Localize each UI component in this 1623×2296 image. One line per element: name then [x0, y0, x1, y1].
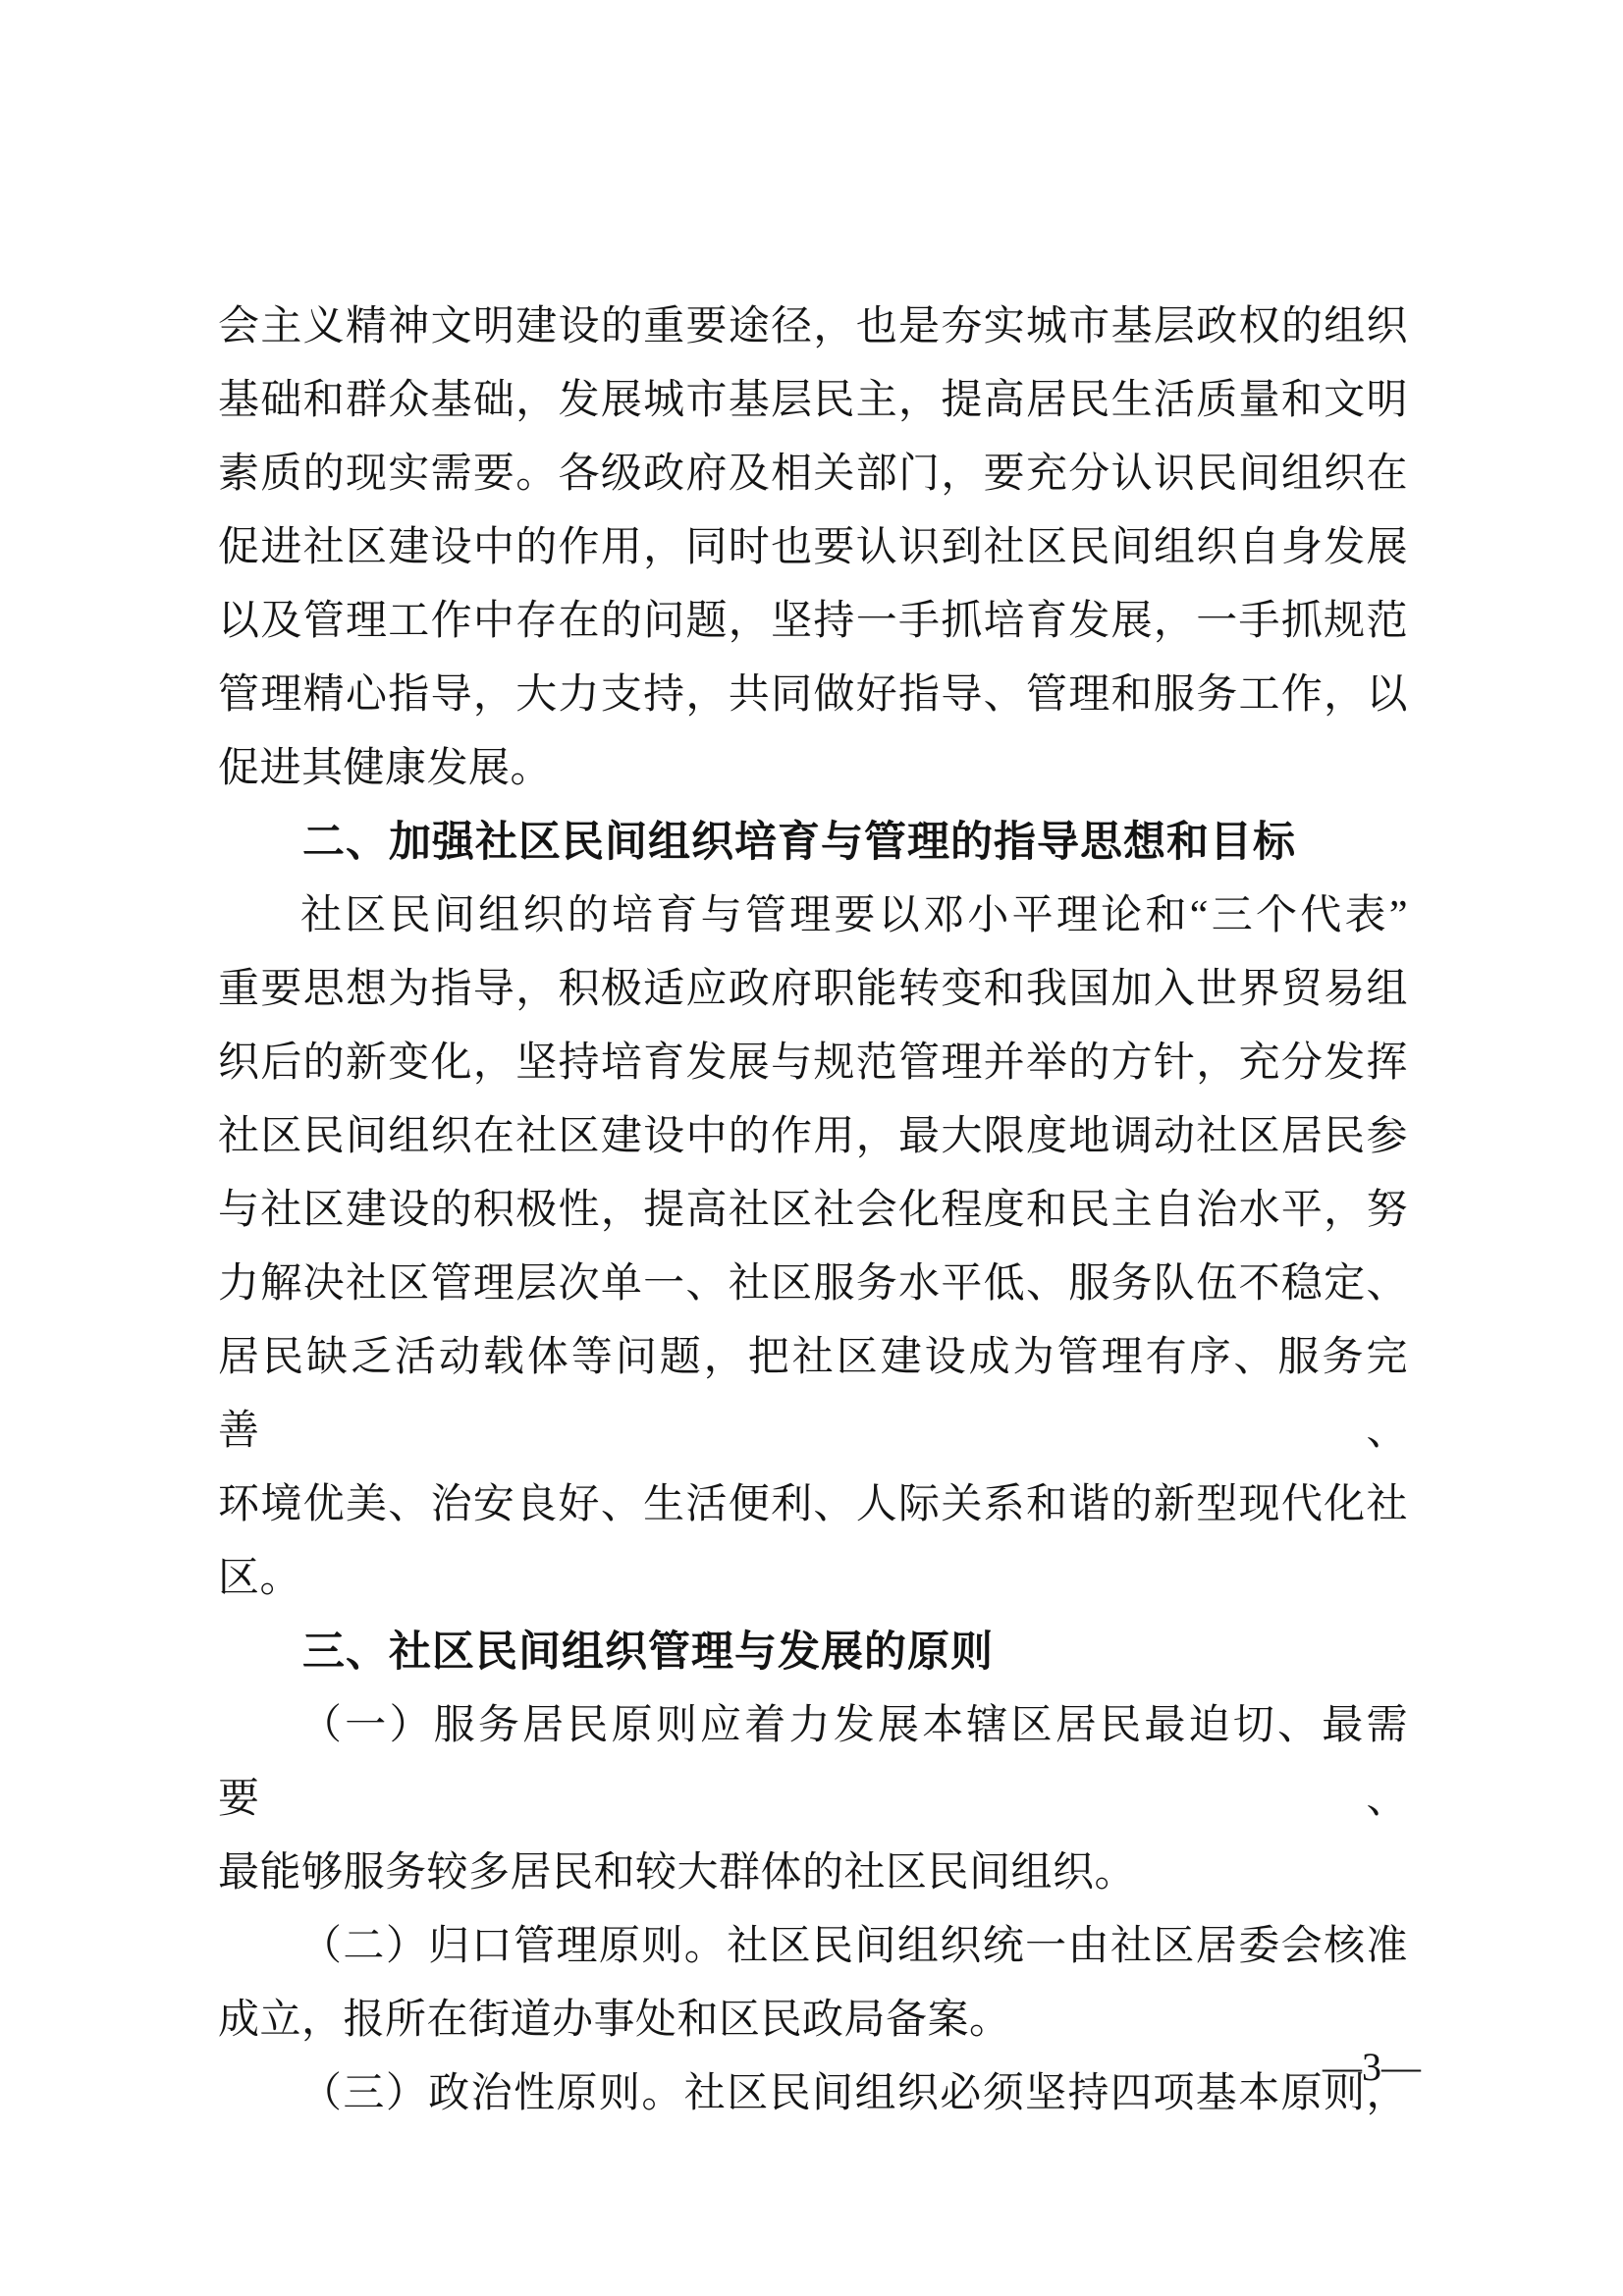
- document-page: 会主义精神文明建设的重要途径，也是夯实城市基层政权的组织基础和群众基础，发展城市…: [0, 0, 1623, 2296]
- text-line: 最能够服务较多居民和较大群体的社区民间组织。: [218, 1837, 1408, 1910]
- text-line: 织后的新变化，坚持培育发展与规范管理并举的方针，充分发挥: [218, 1027, 1408, 1100]
- text-line: 居民缺乏活动载体等问题，把社区建设成为管理有序、服务完善、: [218, 1321, 1408, 1468]
- section-heading: 二、加强社区民间组织培育与管理的指导思想和目标: [218, 806, 1408, 880]
- text-line: 力解决社区管理层次单一、社区服务水平低、服务队伍不稳定、: [218, 1248, 1408, 1321]
- text-line: 成立，报所在街道办事处和区民政局备案。: [218, 1984, 1408, 2057]
- text-line: 素质的现实需要。各级政府及相关部门，要充分认识民间组织在: [218, 438, 1408, 511]
- text-line: 社区民间组织的培育与管理要以邓小平理论和“三个代表”: [218, 880, 1408, 953]
- text-line: （一）服务居民原则应着力发展本辖区居民最迫切、最需要、: [218, 1689, 1408, 1837]
- text-line: 以及管理工作中存在的问题，坚持一手抓培育发展，一手抓规范: [218, 585, 1408, 659]
- text-line: 重要思想为指导，积极适应政府职能转变和我国加入世界贸易组: [218, 953, 1408, 1027]
- text-line: 社区民间组织在社区建设中的作用，最大限度地调动社区居民参: [218, 1100, 1408, 1174]
- section-heading: 三、社区民间组织管理与发展的原则: [218, 1616, 1408, 1689]
- text-line: 环境优美、治安良好、生活便利、人际关系和谐的新型现代化社: [218, 1468, 1408, 1542]
- document-body: 会主义精神文明建设的重要途径，也是夯实城市基层政权的组织基础和群众基础，发展城市…: [218, 0, 1408, 2131]
- text-line: 与社区建设的积极性，提高社区社会化程度和民主自治水平，努: [218, 1174, 1408, 1248]
- page-number: —3—: [1323, 2044, 1421, 2091]
- text-line: （三）政治性原则。社区民间组织必须坚持四项基本原则，: [218, 2057, 1408, 2131]
- text-line: 促进其健康发展。: [218, 732, 1408, 806]
- text-line: 管理精心指导，大力支持，共同做好指导、管理和服务工作，以: [218, 659, 1408, 732]
- text-line: （二）归口管理原则。社区民间组织统一由社区居委会核准: [218, 1910, 1408, 1984]
- text-line: 促进社区建设中的作用，同时也要认识到社区民间组织自身发展: [218, 511, 1408, 585]
- text-line: 基础和群众基础，发展城市基层民主，提高居民生活质量和文明: [218, 364, 1408, 438]
- text-line: 区。: [218, 1542, 1408, 1616]
- text-line: 会主义精神文明建设的重要途径，也是夯实城市基层政权的组织: [218, 291, 1408, 364]
